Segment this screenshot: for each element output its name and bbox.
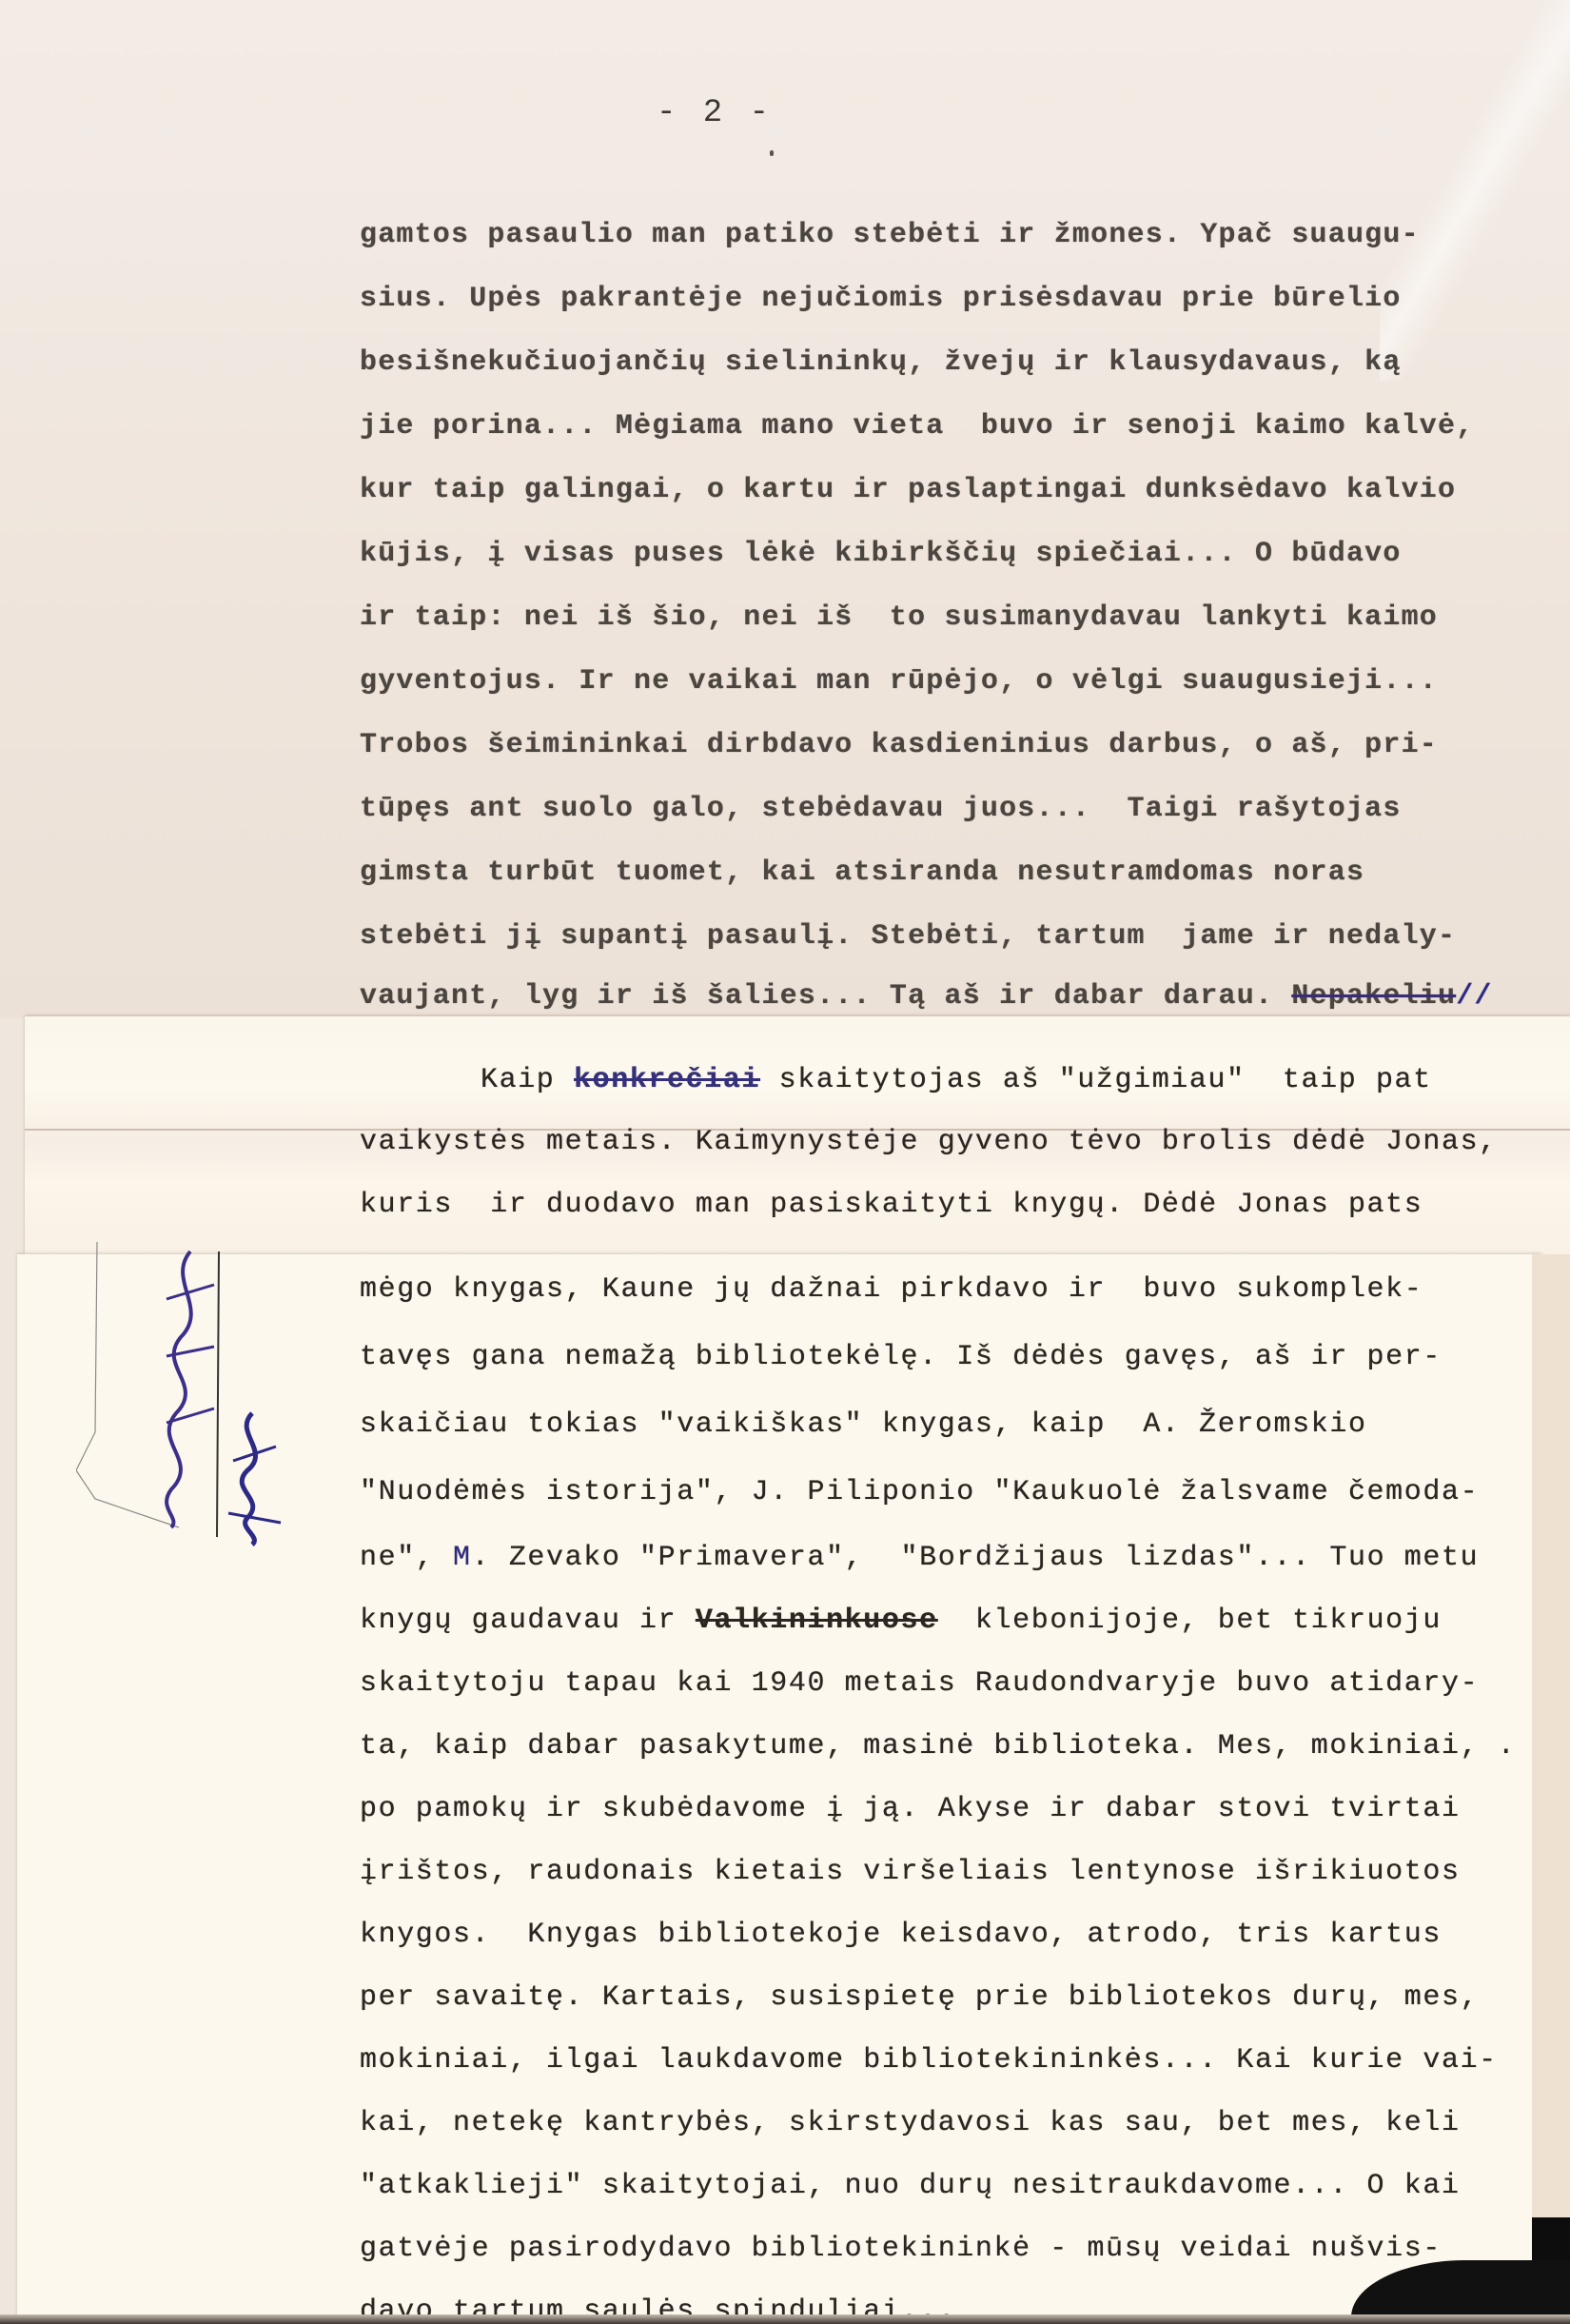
line-text: vaujant, lyg ir iš šalies... Tą aš ir da… [360,980,1291,1013]
struck-word: konkrečiai [574,1064,760,1096]
line-text: skaitytojas aš "užgimiau" taip pat [760,1064,1432,1096]
typed-line: kuris ir duodavo man pasiskaityti knygų.… [360,1189,1423,1221]
typed-line-valkininkai: knygų gaudavau ir Valkininkuose klebonij… [360,1605,1442,1637]
typed-line: įrištos, raudonais kietais viršeliais le… [360,1856,1461,1888]
typed-line: sius. Upės pakrantėje nejučiomis prisėsd… [360,283,1402,315]
typed-line: ir taip: nei iš šio, nei iš to susimanyd… [360,601,1438,634]
typed-line: po pamokų ir skubėdavome į ją. Akyse ir … [360,1793,1461,1825]
line-text: klebonijoje, bet tikruoju [938,1605,1442,1637]
typed-line-last: vaujant, lyg ir iš šalies... Tą aš ir da… [360,980,1493,1013]
line-text: ne", [360,1542,453,1574]
typed-line: gimsta turbūt tuomet, kai atsiranda nesu… [360,857,1364,889]
typed-line: stebėti jį supantį pasaulį. Stebėti, tar… [360,920,1456,953]
page-number: - 2 - [657,95,773,131]
typed-line-indented: Kaip konkrečiai skaitytojas aš "užgimiau… [481,1064,1432,1096]
typed-line: Trobos šeimininkai dirbdavo kasdieninius… [360,729,1438,761]
typed-line: ta, kaip dabar pasakytume, masinė biblio… [360,1730,1516,1763]
ink-dot [770,150,774,156]
typed-line: gyventojus. Ir ne vaikai man rūpėjo, o v… [360,665,1438,698]
typed-line: "Nuodėmės istorija", J. Piliponio "Kauku… [360,1476,1479,1508]
typed-line: per savaitę. Kartais, susispietę prie bi… [360,1981,1479,2014]
typed-line: gatvėje pasirodydavo bibliotekininkė - m… [360,2233,1442,2265]
struck-word: Valkininkuose [696,1605,938,1637]
scan-bottom-edge [0,2314,1570,2324]
typed-line: "atkaklieji" skaitytojai, nuo durų nesit… [360,2170,1461,2202]
typed-line-zevako: ne", M. Zevako "Primavera", "Bordžijaus … [360,1542,1479,1574]
line-text: Kaip [481,1064,574,1096]
typed-line: kūjis, į visas puses lėkė kibirkščių spi… [360,538,1402,570]
typed-line: besišnekučiuojančių sielininkų, žvejų ir… [360,346,1402,379]
typed-line: gamtos pasaulio man patiko stebėti ir žm… [360,219,1420,251]
line-text: . Zevako "Primavera", "Bordžijaus lizdas… [472,1542,1480,1574]
typed-line: kur taip galingai, o kartu ir paslapting… [360,474,1456,506]
typed-line: knygos. Knygas bibliotekoje keisdavo, at… [360,1919,1442,1951]
typed-line: tavęs gana nemažą bibliotekėlę. Iš dėdės… [360,1341,1442,1373]
ink-correction: M [453,1542,472,1574]
typed-line: jie porina... Mėgiama mano vieta buvo ir… [360,410,1474,443]
struck-word: Nepakeliu [1291,980,1456,1013]
typed-line: skaičiau tokias "vaikiškas" knygas, kaip… [360,1408,1367,1441]
typed-line: mokiniai, ilgai laukdavome bibliotekinin… [360,2044,1498,2077]
typed-line: tūpęs ant suolo galo, stebėdavau juos...… [360,793,1402,825]
handwritten-margin-note-icon [76,1242,314,1546]
typed-line: mėgo knygas, Kaune jų dažnai pirkdavo ir… [360,1273,1423,1306]
correction-mark: // [1456,980,1492,1013]
typed-line: vaikystės metais. Kaimynystėje gyveno tė… [360,1126,1498,1158]
typed-line: kai, netekę kantrybės, skirstydavosi kas… [360,2107,1461,2139]
line-text: knygų gaudavau ir [360,1605,696,1637]
paper-fold [1380,0,1570,381]
typed-line: skaitytoju tapau kai 1940 metais Raudond… [360,1667,1479,1700]
underlying-page-edge [1532,1254,1570,2324]
